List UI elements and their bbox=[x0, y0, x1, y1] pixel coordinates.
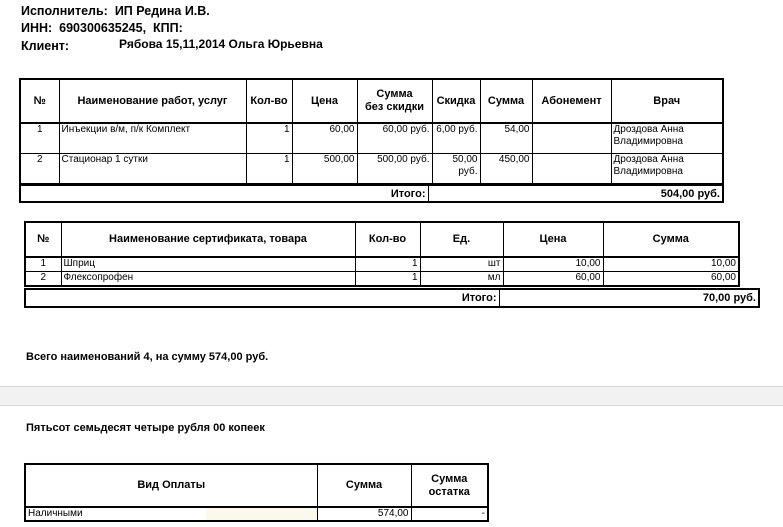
col-payment-rest: Сумма остатка bbox=[411, 464, 488, 507]
cell-discount: 50,00 руб. bbox=[432, 154, 480, 185]
col-payment-sum: Сумма bbox=[317, 464, 411, 507]
col-subscription: Абонемент bbox=[532, 79, 611, 123]
col-num: № bbox=[25, 222, 61, 257]
cell-sum-no-discount: 500,00 руб. bbox=[357, 154, 432, 185]
col-name: Наименование работ, услуг bbox=[59, 79, 246, 123]
total-summary: Всего наименований 4, на сумму 574,00 ру… bbox=[26, 351, 268, 363]
client-label: Клиент: bbox=[21, 39, 69, 53]
executor-label: Исполнитель: bbox=[21, 4, 108, 18]
cell-unit: шт bbox=[420, 257, 503, 272]
col-num: № bbox=[20, 79, 59, 123]
table-row: 2 Флексопрофен 1 мл 60,00 60,00 bbox=[25, 272, 739, 287]
cell-qty: 1 bbox=[246, 123, 292, 154]
cell-qty: 1 bbox=[246, 154, 292, 185]
services-total-value: 504,00 руб. bbox=[428, 185, 723, 202]
cell-num: 2 bbox=[25, 272, 61, 287]
cell-doctor: Дроздова Анна Владимировна bbox=[611, 154, 723, 185]
col-sum: Сумма bbox=[480, 79, 532, 123]
cell-payment-type: Наличными bbox=[25, 507, 317, 521]
cell-name: Инъекции в/м, п/к Комплект bbox=[59, 123, 246, 154]
services-header-row: № Наименование работ, услуг Кол-во Цена … bbox=[20, 79, 723, 123]
cell-price: 60,00 bbox=[503, 272, 603, 287]
cell-num: 1 bbox=[20, 123, 59, 154]
col-payment-type: Вид Оплаты bbox=[25, 464, 317, 507]
cell-payment-sum: 574,00 bbox=[317, 507, 411, 521]
cell-sum: 450,00 bbox=[480, 154, 532, 185]
cell-qty: 1 bbox=[355, 272, 420, 287]
cell-name: Стационар 1 сутки bbox=[59, 154, 246, 185]
cell-num: 1 bbox=[25, 257, 61, 272]
table-row: Наличными 574,00 - bbox=[25, 507, 488, 521]
payment-header-row: Вид Оплаты Сумма Сумма остатка bbox=[25, 464, 488, 507]
cell-sum: 60,00 bbox=[603, 272, 739, 287]
cell-sum-no-discount: 60,00 руб. bbox=[357, 123, 432, 154]
amount-in-words: Пятьсот семьдесят четыре рубля 00 копеек bbox=[26, 422, 265, 434]
cell-payment-rest: - bbox=[411, 507, 488, 521]
col-name: Наименование сертификата, товара bbox=[61, 222, 355, 257]
goods-header-row: № Наименование сертификата, товара Кол-в… bbox=[25, 222, 739, 257]
col-qty: Кол-во bbox=[355, 222, 420, 257]
services-total-label: Итого: bbox=[20, 185, 428, 202]
table-row: 1 Шприц 1 шт 10,00 10,00 bbox=[25, 257, 739, 272]
col-price: Цена bbox=[292, 79, 357, 123]
cell-doctor: Дроздова Анна Владимировна bbox=[611, 123, 723, 154]
cell-qty: 1 bbox=[355, 257, 420, 272]
inn-value: 690300635245, bbox=[59, 21, 146, 35]
col-qty: Кол-во bbox=[246, 79, 292, 123]
inn-line: ИНН: 690300635245, КПП: bbox=[21, 21, 183, 35]
page-break bbox=[0, 386, 783, 406]
goods-total-label: Итого: bbox=[25, 289, 499, 307]
executor-line: Исполнитель: ИП Редина И.В. bbox=[21, 4, 210, 18]
col-doctor: Врач bbox=[611, 79, 723, 123]
payment-table: Вид Оплаты Сумма Сумма остатка Наличными… bbox=[24, 463, 489, 522]
cell-name: Флексопрофен bbox=[61, 272, 355, 287]
goods-total-value: 70,00 руб. bbox=[499, 289, 759, 307]
cell-name: Шприц bbox=[61, 257, 355, 272]
kpp-label: КПП: bbox=[153, 21, 183, 35]
cell-price: 10,00 bbox=[503, 257, 603, 272]
inn-label: ИНН: bbox=[21, 21, 52, 35]
client-value: Рябова 15,11,2014 Ольга Юрьевна bbox=[119, 37, 323, 51]
col-price: Цена bbox=[503, 222, 603, 257]
goods-table: № Наименование сертификата, товара Кол-в… bbox=[24, 221, 740, 287]
cell-subscription bbox=[532, 154, 611, 185]
goods-total-row: Итого: 70,00 руб. bbox=[24, 288, 760, 308]
cell-discount: 6,00 руб. bbox=[432, 123, 480, 154]
cell-unit: мл bbox=[420, 272, 503, 287]
col-sum: Сумма bbox=[603, 222, 739, 257]
cell-price: 500,00 bbox=[292, 154, 357, 185]
cell-sum: 10,00 bbox=[603, 257, 739, 272]
col-sum-no-discount: Сумма без скидки bbox=[357, 79, 432, 123]
executor-value: ИП Редина И.В. bbox=[115, 4, 210, 18]
services-total-row: Итого: 504,00 руб. bbox=[19, 184, 724, 203]
col-unit: Ед. bbox=[420, 222, 503, 257]
table-row: 1 Инъекции в/м, п/к Комплект 1 60,00 60,… bbox=[20, 123, 723, 154]
cell-subscription bbox=[532, 123, 611, 154]
cell-num: 2 bbox=[20, 154, 59, 185]
cell-price: 60,00 bbox=[292, 123, 357, 154]
col-discount: Скидка bbox=[432, 79, 480, 123]
table-row: 2 Стационар 1 сутки 1 500,00 500,00 руб.… bbox=[20, 154, 723, 185]
services-table: № Наименование работ, услуг Кол-во Цена … bbox=[19, 78, 724, 185]
cell-sum: 54,00 bbox=[480, 123, 532, 154]
